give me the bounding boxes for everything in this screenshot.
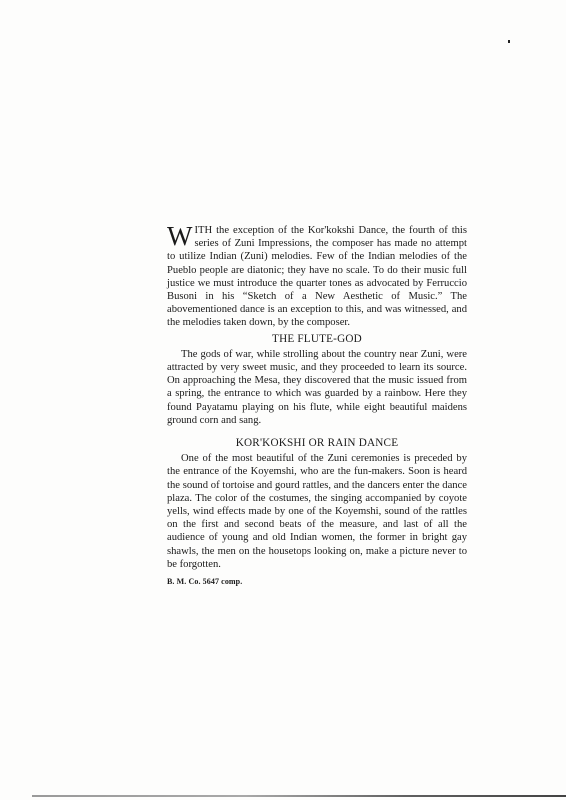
page-edge-rule xyxy=(32,795,566,797)
intro-paragraph: WITH the exception of the Kor'kokshi Dan… xyxy=(167,224,467,330)
section-body-flute-god: The gods of war, while strolling about t… xyxy=(167,348,467,427)
page-content: WITH the exception of the Kor'kokshi Dan… xyxy=(167,224,467,588)
section-body-rain-dance: One of the most beautiful of the Zuni ce… xyxy=(167,452,467,571)
drop-cap: W xyxy=(167,225,192,247)
intro-text: ITH the exception of the Kor'kokshi Danc… xyxy=(167,225,467,328)
section-title-rain-dance: KOR'KOKSHI OR RAIN DANCE xyxy=(167,437,467,450)
scanned-page: WITH the exception of the Kor'kokshi Dan… xyxy=(0,0,566,800)
section-title-flute-god: THE FLUTE-GOD xyxy=(167,333,467,346)
ink-speck xyxy=(508,40,510,43)
catalog-number: B. M. Co. 5647 comp. xyxy=(167,575,467,588)
